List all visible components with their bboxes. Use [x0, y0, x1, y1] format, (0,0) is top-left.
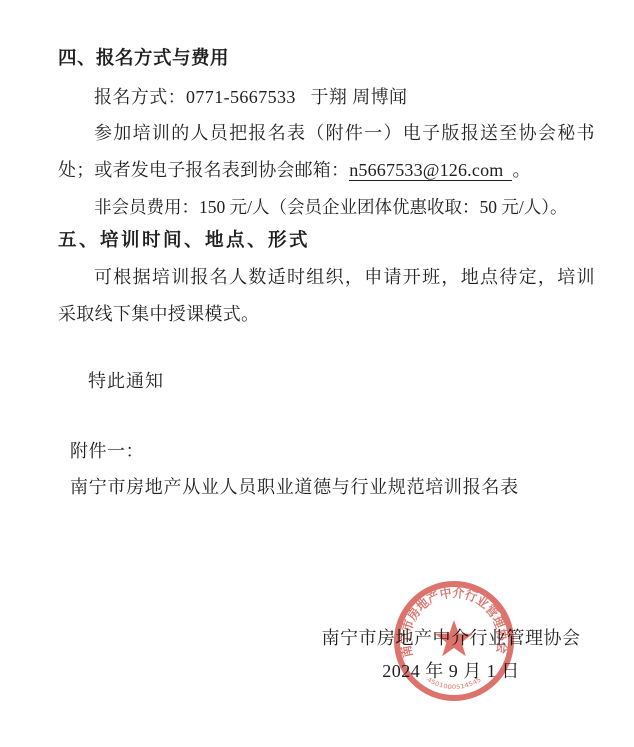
registration-method-line: 报名方式：0771-5667533 于翔 周博闻 — [94, 85, 407, 109]
notice-line: 特此通知 — [88, 369, 164, 393]
paragraph1-line2-suffix: 。 — [512, 160, 530, 180]
section4-heading: 四、报名方式与费用 — [58, 47, 229, 71]
email-link[interactable]: n5667533@126.com — [349, 160, 512, 181]
paragraph2-line1: 可根据培训报名人数适时组织，申请开班，地点待定，培训 — [94, 265, 596, 289]
attachment-label: 附件一： — [70, 439, 144, 463]
section5-heading: 五、培训时间、地点、形式 — [58, 229, 310, 253]
paragraph1-line2-prefix: 处；或者发电子报名表到协会邮箱： — [58, 160, 349, 180]
paragraph1-line2: 处；或者发电子报名表到协会邮箱：n5667533@126.com。 — [58, 158, 531, 182]
signature-date: 2024 年 9 月 1 日 — [318, 659, 584, 683]
attachment-title: 南宁市房地产从业人员职业道德与行业规范培训报名表 — [70, 475, 519, 499]
fee-line: 非会员费用：150 元/人（会员企业团体优惠收取：50 元/人）。 — [94, 195, 567, 219]
document-page: 四、报名方式与费用 报名方式：0771-5667533 于翔 周博闻 参加培训的… — [0, 0, 634, 747]
paragraph1-line1: 参加培训的人员把报名表（附件一）电子版报送至协会秘书 — [94, 121, 596, 145]
paragraph2-line2: 采取线下集中授课模式。 — [58, 302, 259, 326]
signature-organization: 南宁市房地产中介行业管理协会 — [318, 626, 584, 650]
